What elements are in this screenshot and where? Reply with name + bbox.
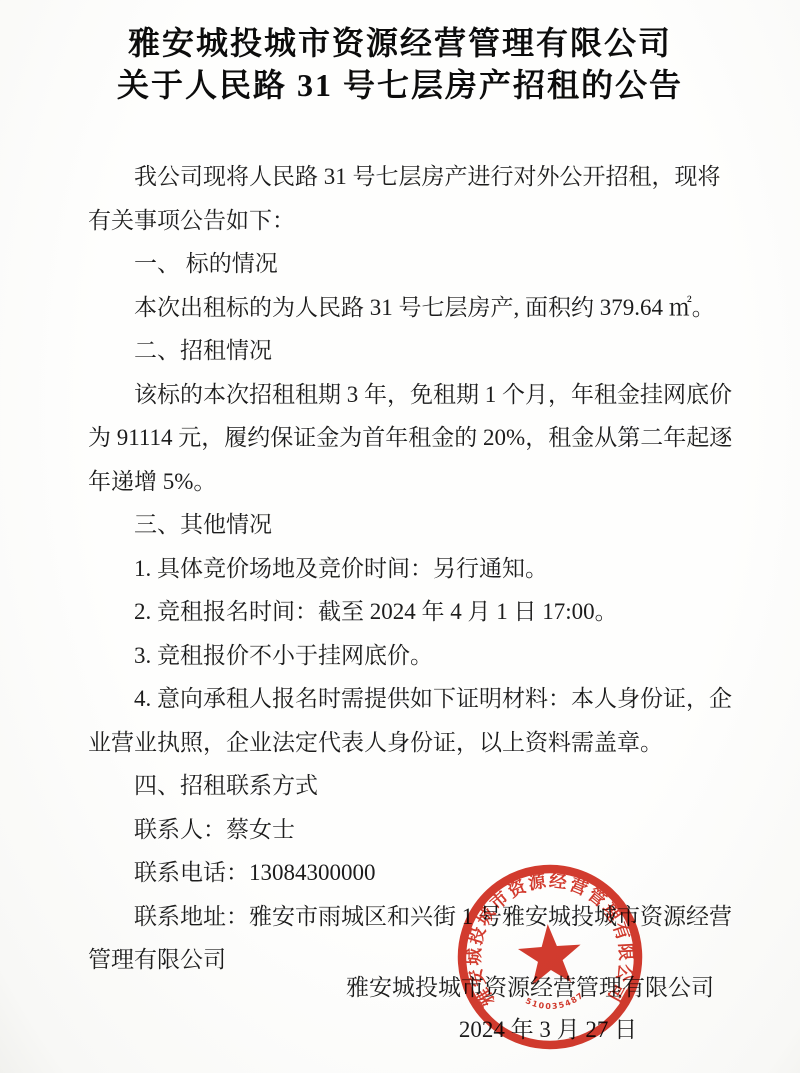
seal-graphic: 雅安城投城市资源经营管理有限公司 5100354876	[443, 850, 656, 1063]
body-line: 二、招租情况	[88, 329, 740, 373]
body-line: 4. 意向承租人报名时需提供如下证明材料：本人身份证，企	[88, 677, 740, 721]
body-line: 一、 标的情况	[88, 242, 740, 286]
body-line: 3. 竞租报价不小于挂网底价。	[88, 634, 740, 678]
signature-company: 雅安城投城市资源经营管理有限公司	[0, 967, 800, 1009]
body-line: 有关事项公告如下：	[88, 199, 740, 243]
company-seal-stamp: 雅安城投城市资源经营管理有限公司 5100354876	[443, 850, 656, 1063]
document-page: 雅安城投城市资源经营管理有限公司 关于人民路 31 号七层房产招租的公告 我公司…	[0, 0, 800, 1073]
body-line: 三、其他情况	[88, 503, 740, 547]
document-title: 雅安城投城市资源经营管理有限公司 关于人民路 31 号七层房产招租的公告	[0, 0, 800, 106]
title-line-2: 关于人民路 31 号七层房产招租的公告	[0, 64, 800, 106]
signature-block: 雅安城投城市资源经营管理有限公司 2024 年 3 月 27 日	[0, 967, 800, 1051]
body-line: 年递增 5%。	[88, 460, 740, 504]
body-line: 联系人：蔡女士	[88, 808, 740, 852]
body-line: 2. 竞租报名时间：截至 2024 年 4 月 1 日 17:00。	[88, 590, 740, 634]
body-line: 我公司现将人民路 31 号七层房产进行对外公开招租，现将	[88, 155, 740, 199]
body-line: 业营业执照，企业法定代表人身份证，以上资料需盖章。	[88, 721, 740, 765]
body-line: 该标的本次招租租期 3 年，免租期 1 个月，年租金挂网底价	[88, 373, 740, 417]
body-line: 为 91114 元，履约保证金为首年租金的 20%，租金从第二年起逐	[88, 416, 740, 460]
body-line: 四、招租联系方式	[88, 764, 740, 808]
body-line: 1. 具体竞价场地及竞价时间：另行通知。	[88, 547, 740, 591]
body-line: 本次出租标的为人民路 31 号七层房产, 面积约 379.64 ㎡。	[88, 286, 740, 330]
title-line-1: 雅安城投城市资源经营管理有限公司	[0, 22, 800, 64]
star-icon	[516, 922, 583, 986]
signature-date: 2024 年 3 月 27 日	[0, 1009, 800, 1051]
